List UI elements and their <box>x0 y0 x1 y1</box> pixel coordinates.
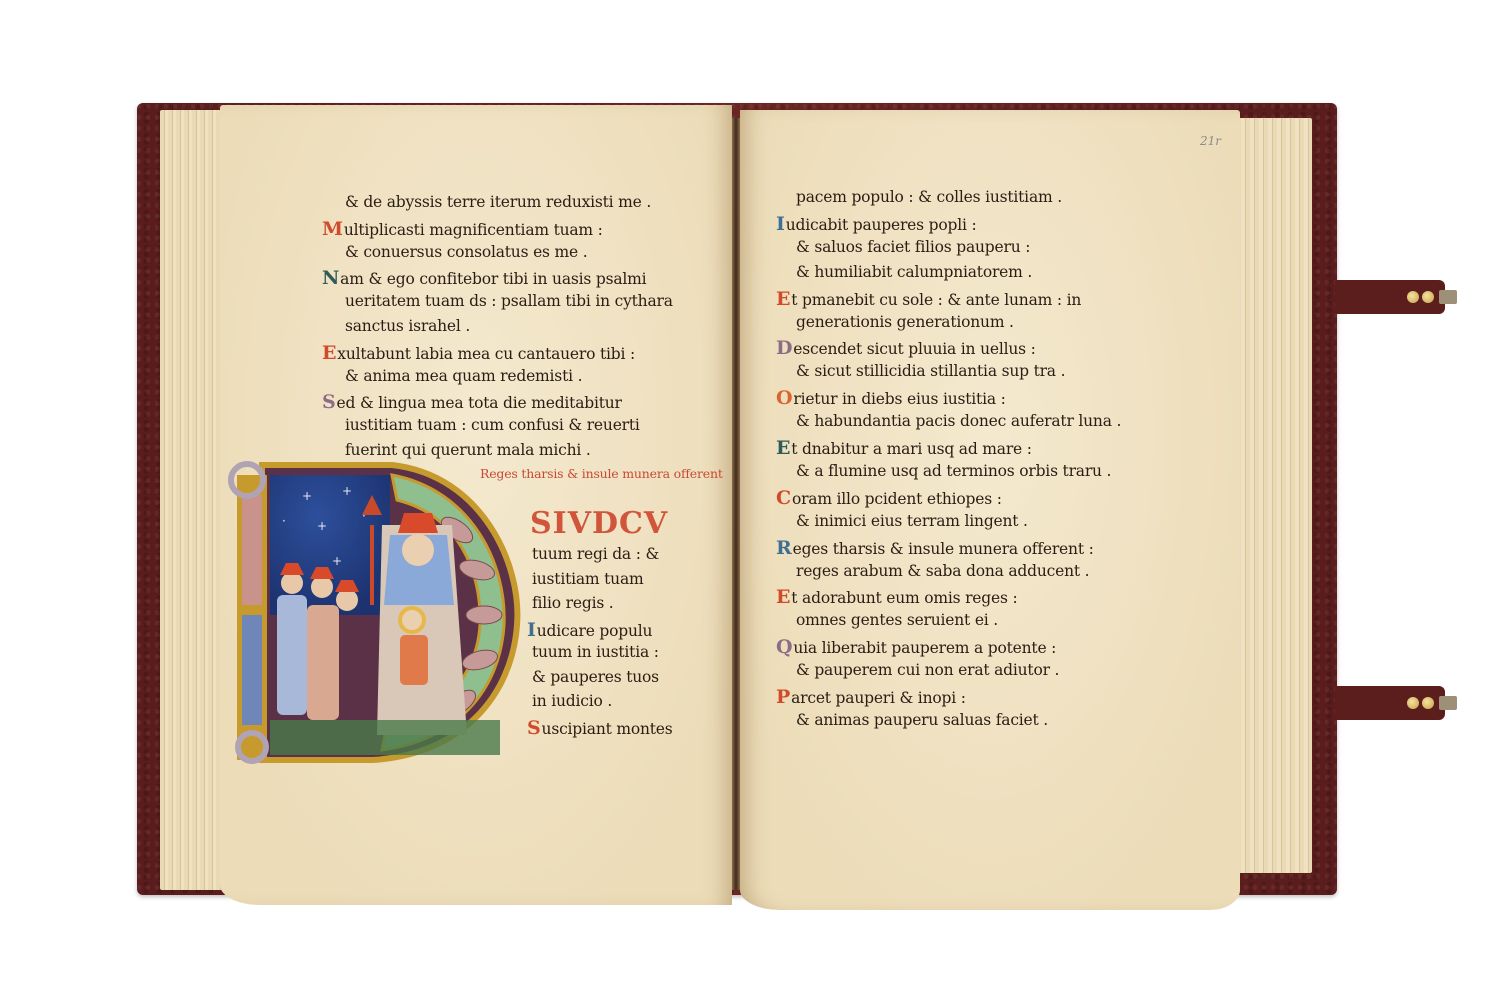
manuscript-line: & de abyssis terre iterum reduxisti me . <box>345 193 651 211</box>
clasp-bottom[interactable] <box>1335 686 1445 720</box>
line-text: rietur in diebs eius iustitia : <box>793 390 1005 408</box>
line-text: ed & lingua mea tota die meditabitur <box>337 394 622 412</box>
manuscript-line: & a flumine usq ad terminos orbis traru … <box>796 462 1111 480</box>
manuscript-line: filio regis . <box>532 594 614 612</box>
rivet-icon <box>1422 697 1434 709</box>
line-text: & pauperem cui non erat adiutor . <box>796 661 1059 679</box>
clasp-top[interactable] <box>1335 280 1445 314</box>
manuscript-line: Suscipiant montes <box>527 717 673 739</box>
line-text: ultiplicasti magnificentiam tuam : <box>344 221 603 239</box>
decorated-initial: E <box>322 342 336 364</box>
line-text: generationis generationum . <box>796 313 1014 331</box>
manuscript-line: sanctus israhel . <box>345 317 470 335</box>
manuscript-line: tuum regi da : & <box>532 545 659 563</box>
line-text: tuum in iustitia : <box>532 643 659 661</box>
line-text: & conuersus consolatus es me . <box>345 243 587 261</box>
manuscript-line: Exultabunt labia mea cu cantauero tibi : <box>322 342 635 364</box>
manuscript-line: & sicut stillicidia stillantia sup tra . <box>796 362 1065 380</box>
manuscript-line: Quia liberabit pauperem a potente : <box>776 636 1056 658</box>
manuscript-line: Descendet sicut pluuia in uellus : <box>776 337 1036 359</box>
manuscript-line: & pauperes tuos <box>532 668 659 686</box>
manuscript-line: & anima mea quam redemisti . <box>345 367 582 385</box>
svg-text:+: + <box>317 519 327 533</box>
book-gutter <box>732 118 740 890</box>
manuscript-line: Sed & lingua mea tota die meditabitur <box>322 391 622 413</box>
manuscript-line: iustitiam tuam <box>532 570 643 588</box>
manuscript-line: Multiplicasti magnificentiam tuam : <box>322 218 603 240</box>
svg-text:+: + <box>332 554 342 568</box>
open-manuscript-scene: 21r & de abyssis terre iterum reduxisti … <box>0 0 1500 1000</box>
line-text: & sicut stillicidia stillantia sup tra . <box>796 362 1065 380</box>
line-text: & saluos faciet filios pauperu : <box>796 238 1030 256</box>
line-text: t dnabitur a mari usq ad mare : <box>791 440 1031 458</box>
historiated-initial-d: +++ ··+ <box>222 455 522 765</box>
manuscript-line: Iudicabit pauperes popli : <box>776 213 976 235</box>
line-text: tuum regi da : & <box>532 545 659 563</box>
line-text: pacem populo : & colles iustitiam . <box>796 188 1062 206</box>
manuscript-line: & pauperem cui non erat adiutor . <box>796 661 1059 679</box>
manuscript-line: tuum in iustitia : <box>532 643 659 661</box>
line-text: t adorabunt eum omis reges : <box>791 589 1017 607</box>
manuscript-line: ueritatem tuam ds : psallam tibi in cyth… <box>345 292 673 310</box>
decorated-initial: E <box>776 586 790 608</box>
line-text: & habundantia pacis donec auferatr luna … <box>796 412 1121 430</box>
line-text: escendet sicut pluuia in uellus : <box>793 340 1035 358</box>
line-text: & a flumine usq ad terminos orbis traru … <box>796 462 1111 480</box>
line-text: omnes gentes seruient ei . <box>796 611 998 629</box>
manuscript-line: Reges tharsis & insule munera offerent : <box>776 537 1094 559</box>
rivet-icon <box>1407 697 1419 709</box>
manuscript-line: Nam & ego confitebor tibi in uasis psalm… <box>322 267 646 289</box>
manuscript-line: reges arabum & saba dona adducent . <box>796 562 1089 580</box>
line-text: iustitiam tuam : cum confusi & reuerti <box>345 416 640 434</box>
clasp-tip <box>1439 696 1457 710</box>
line-text: ueritatem tuam ds : psallam tibi in cyth… <box>345 292 673 310</box>
manuscript-line: & humiliabit calumpniatorem . <box>796 263 1032 281</box>
line-text: & de abyssis terre iterum reduxisti me . <box>345 193 651 211</box>
decorated-initial: O <box>776 387 792 409</box>
line-text: reges arabum & saba dona adducent . <box>796 562 1089 580</box>
folio-number: 21r <box>1200 134 1221 148</box>
svg-text:+: + <box>342 484 352 498</box>
decorated-initial: S <box>527 717 541 739</box>
manuscript-line: Orietur in diebs eius iustitia : <box>776 387 1006 409</box>
line-text: & anima mea quam redemisti . <box>345 367 582 385</box>
line-text: oram illo pcident ethiopes : <box>792 490 1002 508</box>
decorated-initial: R <box>776 537 792 559</box>
clasp-tip <box>1439 290 1457 304</box>
manuscript-line: Et dnabitur a mari usq ad mare : <box>776 437 1032 459</box>
decorated-initial: N <box>322 267 339 289</box>
manuscript-line: Iudicare populu <box>527 619 652 641</box>
line-text: & inimici eius terram lingent . <box>796 512 1028 530</box>
decorated-initial: E <box>776 288 790 310</box>
manuscript-line: & conuersus consolatus es me . <box>345 243 587 261</box>
line-text: in iudicio . <box>532 692 612 710</box>
manuscript-line: pacem populo : & colles iustitiam . <box>796 188 1062 206</box>
decorated-initial: Q <box>776 636 792 658</box>
line-text: filio regis . <box>532 594 614 612</box>
manuscript-line: generationis generationum . <box>796 313 1014 331</box>
manuscript-line: omnes gentes seruient ei . <box>796 611 998 629</box>
decorated-initial: P <box>776 686 790 708</box>
manuscript-line: in iudicio . <box>532 692 612 710</box>
svg-text:+: + <box>302 489 312 503</box>
manuscript-line: & inimici eius terram lingent . <box>796 512 1028 530</box>
rivet-icon <box>1422 291 1434 303</box>
decorated-initial: D <box>776 337 792 359</box>
manuscript-line: Coram illo pcident ethiopes : <box>776 487 1002 509</box>
line-text: udicabit pauperes popli : <box>786 216 977 234</box>
line-text: & pauperes tuos <box>532 668 659 686</box>
line-text: t pmanebit cu sole : & ante lunam : in <box>791 291 1081 309</box>
line-text: & humiliabit calumpniatorem . <box>796 263 1032 281</box>
svg-text:·: · <box>282 514 286 528</box>
manuscript-line: Parcet pauperi & inopi : <box>776 686 966 708</box>
decorated-initial: M <box>322 218 343 240</box>
line-text: eges tharsis & insule munera offerent : <box>793 540 1094 558</box>
line-text: & animas pauperu saluas faciet . <box>796 711 1048 729</box>
line-text: udicare populu <box>537 622 653 640</box>
manuscript-line: Et pmanebit cu sole : & ante lunam : in <box>776 288 1081 310</box>
line-text: sanctus israhel . <box>345 317 470 335</box>
manuscript-line: & saluos faciet filios pauperu : <box>796 238 1030 256</box>
line-text: uia liberabit pauperem a potente : <box>793 639 1056 657</box>
decorated-initial: E <box>776 437 790 459</box>
decorated-initial: I <box>527 619 536 641</box>
decorated-initial: C <box>776 487 791 509</box>
line-text: am & ego confitebor tibi in uasis psalmi <box>340 270 646 288</box>
line-text: uscipiant montes <box>542 720 673 738</box>
line-text: xultabunt labia mea cu cantauero tibi : <box>337 345 635 363</box>
manuscript-line: & animas pauperu saluas faciet . <box>796 711 1048 729</box>
line-text: iustitiam tuam <box>532 570 643 588</box>
decorated-initial: I <box>776 213 785 235</box>
manuscript-line: Et adorabunt eum omis reges : <box>776 586 1017 608</box>
decorated-initial: S <box>322 391 336 413</box>
line-text: arcet pauperi & inopi : <box>791 689 966 707</box>
manuscript-line: iustitiam tuam : cum confusi & reuerti <box>345 416 640 434</box>
manuscript-line: & habundantia pacis donec auferatr luna … <box>796 412 1121 430</box>
display-heading: SIVDCV <box>530 506 668 541</box>
rivet-icon <box>1407 291 1419 303</box>
right-page-stack <box>1232 118 1312 873</box>
